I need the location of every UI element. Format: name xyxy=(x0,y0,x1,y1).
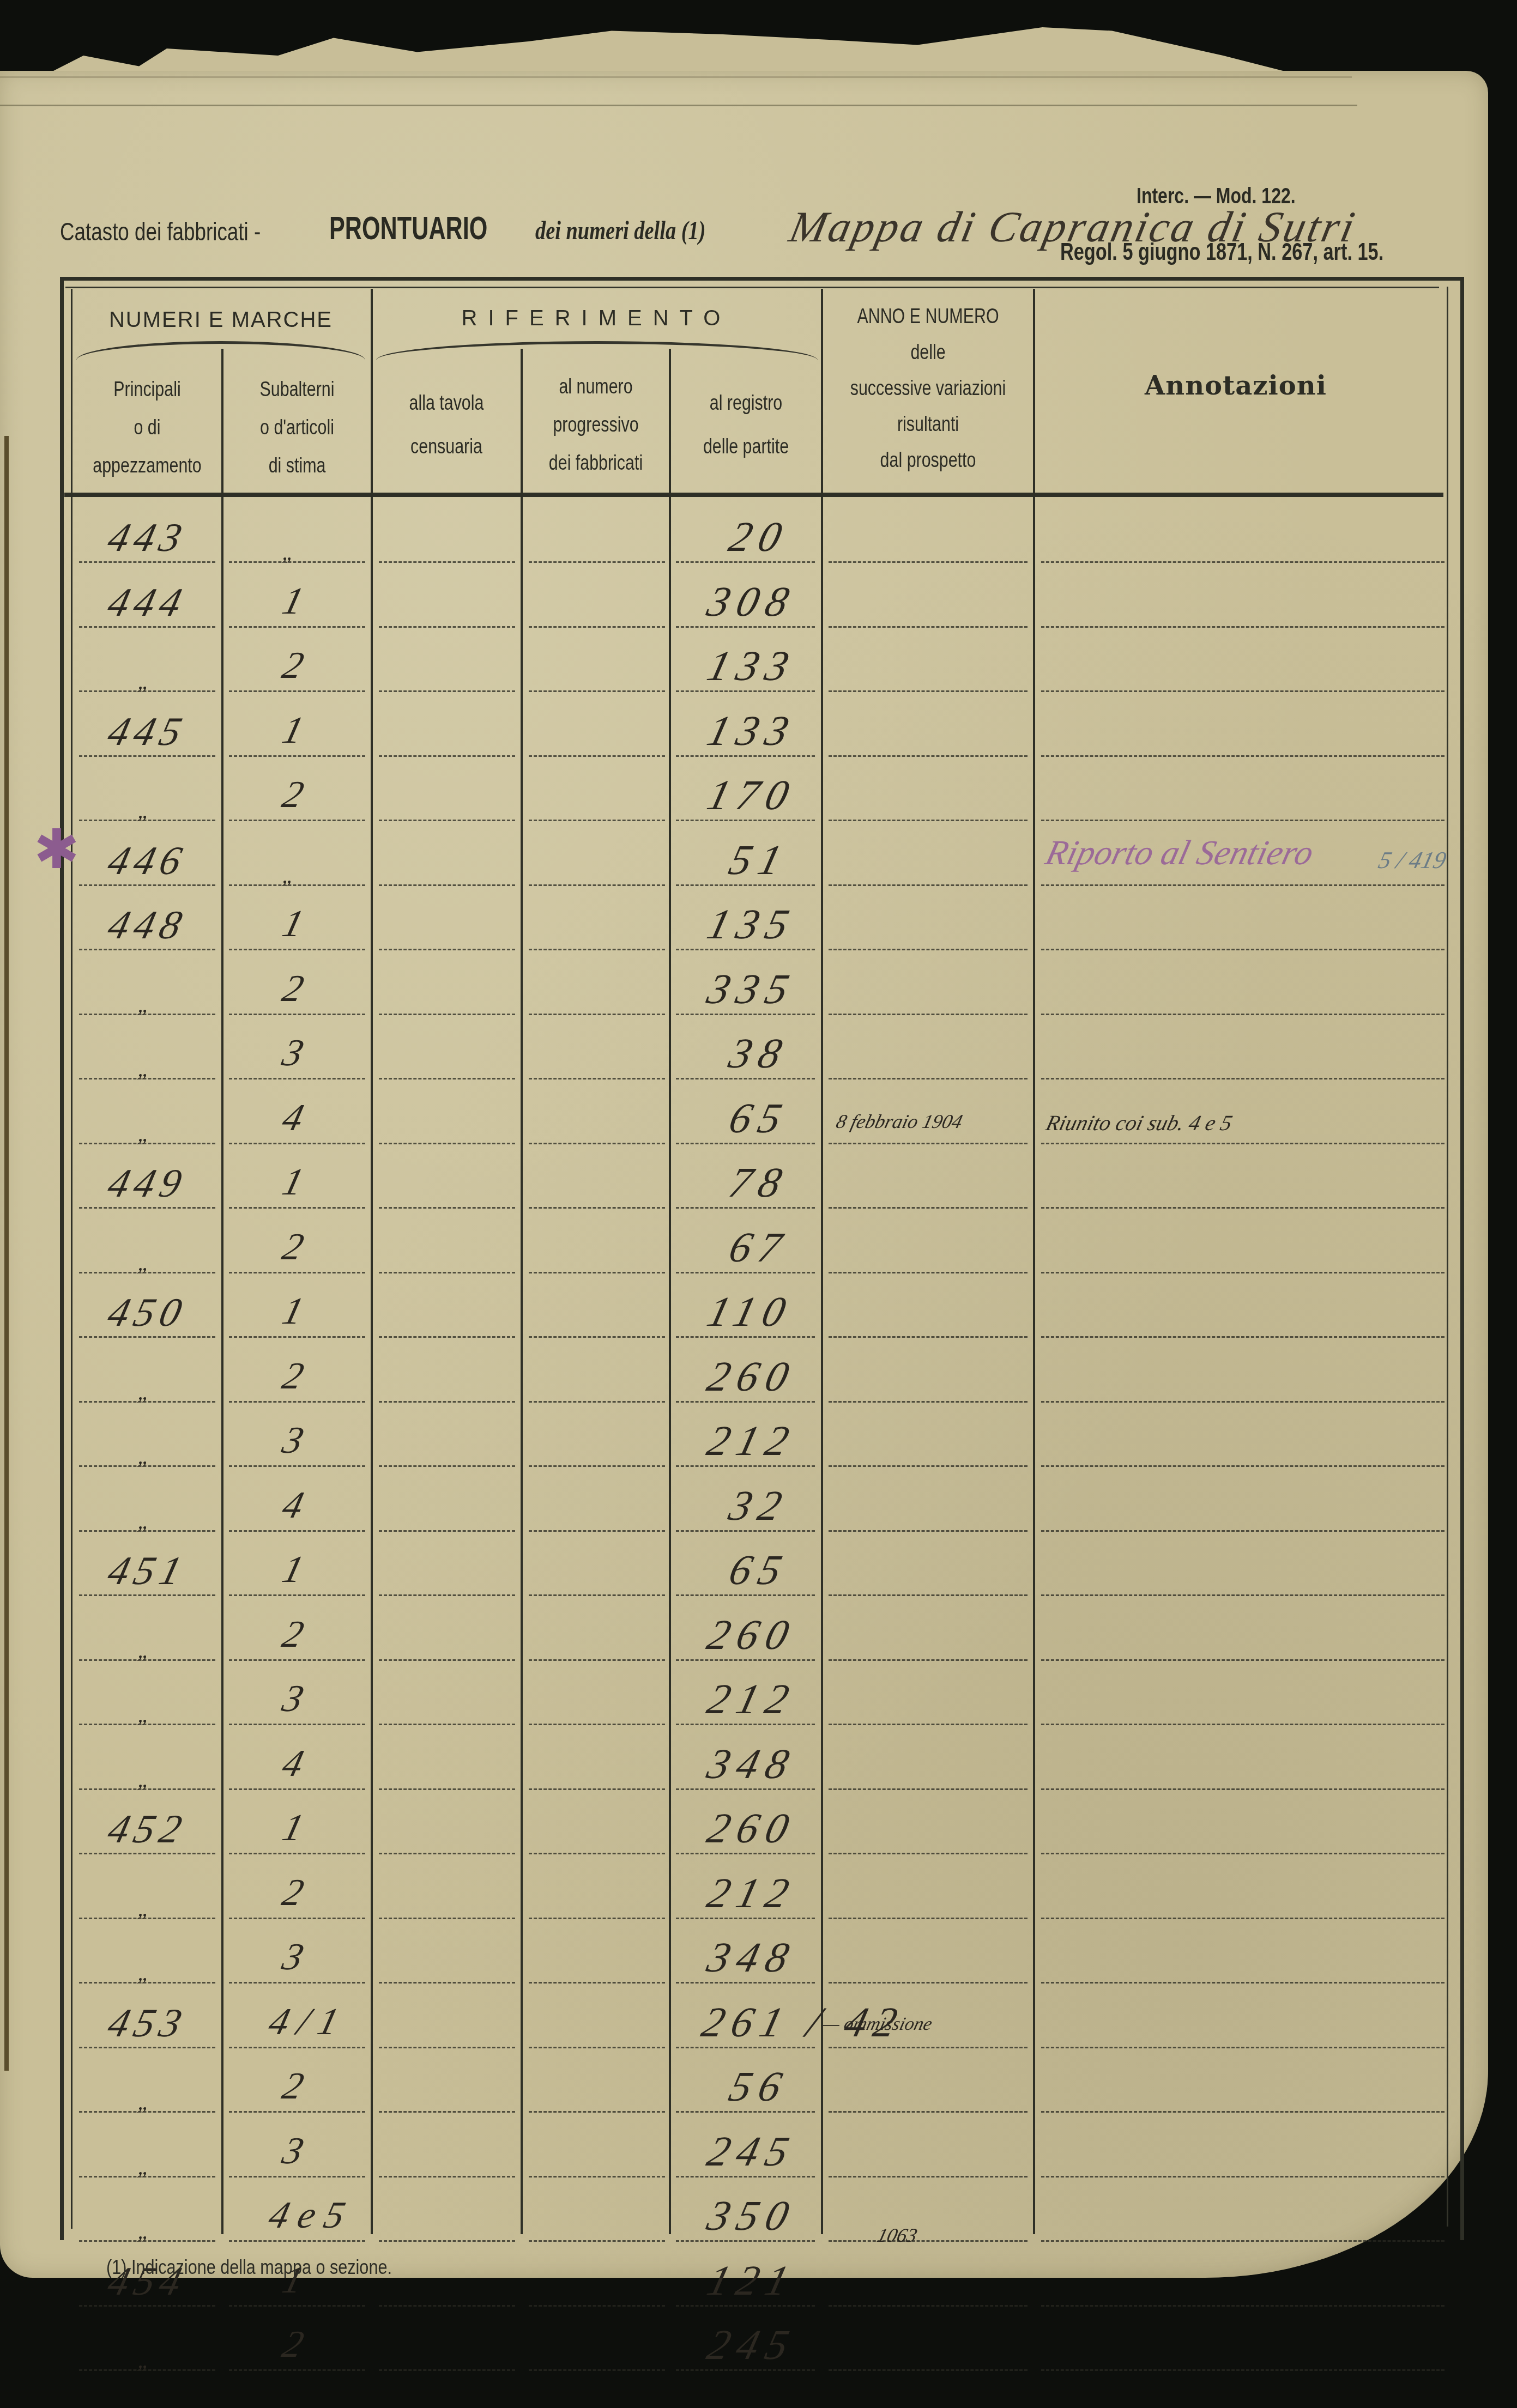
cell-registro: 212 xyxy=(703,1675,801,1724)
cell-registro: 335 xyxy=(703,965,801,1014)
cell-registro: 20 xyxy=(724,512,794,561)
cell-registro: 65 xyxy=(724,1094,794,1143)
row-rule xyxy=(79,1336,215,1338)
cell-principale: 450 xyxy=(103,1290,191,1336)
col-header-tavola: alla tavola censuaria xyxy=(373,381,520,469)
cell-principale: 446 xyxy=(103,838,191,884)
row-rule xyxy=(676,2240,815,2242)
row-rule xyxy=(229,1272,365,1273)
row-rule xyxy=(529,1014,665,1015)
row-rule xyxy=(229,2369,365,2371)
col-header-anno-numero: ANNO E NUMERO delle successive variazion… xyxy=(823,299,1033,478)
row-rule xyxy=(676,1078,815,1079)
row-rule xyxy=(379,1207,515,1209)
row-rule xyxy=(529,1788,665,1790)
row-rule xyxy=(1041,2369,1445,2371)
group-numeri-e-marche: NUMERI E MARCHE xyxy=(71,308,371,332)
row-rule xyxy=(829,1982,1028,1984)
cell-principale: 444 xyxy=(103,580,191,626)
cell-registro: 212 xyxy=(703,1869,801,1918)
row-rule xyxy=(1041,1272,1445,1273)
row-rule xyxy=(829,1401,1028,1403)
row-rule xyxy=(1041,1336,1445,1338)
row-rule xyxy=(676,949,815,950)
row-rule xyxy=(829,1724,1028,1725)
row-rule xyxy=(1041,1014,1445,1015)
col-header-annotazioni: Annotazioni xyxy=(1145,371,1327,401)
cell-registro: 245 xyxy=(703,2320,801,2369)
row-rule xyxy=(229,1207,365,1209)
row-rule xyxy=(79,949,215,950)
cell-principale: 449 xyxy=(103,1161,191,1207)
cell-variazioni: 8 febbraio 1904 xyxy=(834,1110,965,1133)
table-inner-rule xyxy=(65,287,1439,288)
row-rule xyxy=(379,1918,515,1919)
row-rule xyxy=(829,561,1028,563)
cell-principale: 448 xyxy=(103,902,191,949)
row-rule xyxy=(229,1078,365,1079)
row-rule xyxy=(829,1465,1028,1467)
cell-principale: 445 xyxy=(103,709,191,755)
regulation-reference: Regol. 5 giugno 1871, N. 267, art. 15. xyxy=(1060,239,1383,266)
row-rule xyxy=(79,1207,215,1209)
row-rule xyxy=(676,1853,815,1854)
row-rule xyxy=(1041,1465,1445,1467)
row-rule xyxy=(379,949,515,950)
cell-registro: 51 xyxy=(724,835,794,884)
cell-registro: 212 xyxy=(703,1416,801,1465)
row-rule xyxy=(529,2240,665,2242)
row-rule xyxy=(529,1207,665,1209)
cell-registro: 65 xyxy=(724,1545,794,1594)
row-rule xyxy=(529,626,665,628)
cell-registro: 110 xyxy=(703,1287,799,1336)
row-rule xyxy=(529,1594,665,1596)
col-header-registro: al registro delle partite xyxy=(671,381,821,469)
row-rule xyxy=(529,820,665,821)
cell-registro: 135 xyxy=(703,900,801,949)
row-rule xyxy=(829,2111,1028,2113)
row-rule xyxy=(1041,1530,1445,1532)
row-rule xyxy=(1041,1788,1445,1790)
row-rule xyxy=(1041,1659,1445,1661)
row-rule xyxy=(1041,1143,1445,1144)
row-rule xyxy=(529,1078,665,1079)
row-rule xyxy=(229,2305,365,2307)
cell-registro: 67 xyxy=(724,1223,794,1272)
row-rule xyxy=(229,1465,365,1467)
row-rule xyxy=(379,755,515,757)
cell-registro: 245 xyxy=(703,2127,801,2176)
cell-annotazioni: Riporto al Sentiero xyxy=(1042,833,1318,873)
row-rule xyxy=(1041,884,1445,886)
cell-registro: 348 xyxy=(703,1739,801,1788)
row-rule xyxy=(379,1272,515,1273)
cell-principale: 443 xyxy=(103,515,191,561)
cell-principale: 453 xyxy=(103,2000,191,2047)
cell-annotazioni: Riunito coi sub. 4 e 5 xyxy=(1043,1110,1235,1136)
row-rule xyxy=(829,1530,1028,1532)
row-rule xyxy=(676,2369,815,2371)
row-rule xyxy=(379,1853,515,1854)
cell-registro: 260 xyxy=(703,1804,801,1853)
row-rule xyxy=(829,1659,1028,1661)
row-rule xyxy=(379,690,515,692)
row-rule xyxy=(229,1724,365,1725)
row-rule xyxy=(379,1465,515,1467)
row-rule xyxy=(1041,626,1445,628)
group-riferimento: RIFERIMENTO xyxy=(373,306,820,331)
row-rule xyxy=(1041,1853,1445,1854)
row-rule xyxy=(676,1982,815,1984)
row-rule xyxy=(829,1078,1028,1079)
row-rule xyxy=(529,690,665,692)
cell-subalterno: 2 xyxy=(278,2323,308,2367)
row-rule xyxy=(229,1853,365,1854)
row-rule xyxy=(676,561,815,563)
row-rule xyxy=(1041,2047,1445,2048)
row-rule xyxy=(229,820,365,821)
column-divider xyxy=(521,349,523,2234)
row-rule xyxy=(529,1465,665,1467)
row-rule xyxy=(229,2047,365,2048)
row-rule xyxy=(529,1853,665,1854)
row-rule xyxy=(229,755,365,757)
column-divider xyxy=(669,349,671,2234)
cell-registro: 121 xyxy=(703,2256,801,2305)
row-rule xyxy=(676,1465,815,1467)
row-rule xyxy=(379,1014,515,1015)
row-rule xyxy=(529,1336,665,1338)
row-rule xyxy=(829,690,1028,692)
binding-edge xyxy=(4,436,9,2071)
row-rule xyxy=(529,1401,665,1403)
cell-registro: 308 xyxy=(703,577,801,626)
cell-registro: 260 xyxy=(703,1352,801,1401)
row-rule xyxy=(1041,1918,1445,1919)
row-rule xyxy=(529,1659,665,1661)
row-rule xyxy=(379,1594,515,1596)
row-rule xyxy=(379,561,515,563)
cell-registro: 133 xyxy=(703,706,801,755)
paper-fold-line xyxy=(0,76,1352,78)
row-rule xyxy=(379,1982,515,1984)
row-rule xyxy=(829,820,1028,821)
cell-registro: 260 xyxy=(703,1610,801,1659)
cell-registro: 78 xyxy=(724,1158,794,1207)
row-rule xyxy=(829,2305,1028,2307)
row-rule xyxy=(829,2240,1028,2242)
column-divider xyxy=(71,289,72,2229)
row-rule xyxy=(229,949,365,950)
row-rule xyxy=(79,1853,215,1854)
cell-variazioni: 1063 xyxy=(875,2224,920,2247)
row-rule xyxy=(379,2369,515,2371)
row-rule xyxy=(229,561,365,563)
row-rule xyxy=(1041,2240,1445,2242)
row-rule xyxy=(229,1336,365,1338)
cell-subalterno: 4 / 1 xyxy=(264,2000,343,2044)
row-rule xyxy=(379,1336,515,1338)
row-rule xyxy=(829,2176,1028,2177)
row-rule xyxy=(379,1401,515,1403)
cell-variazioni: — ommissione xyxy=(820,2014,934,2035)
row-rule xyxy=(829,1336,1028,1338)
row-rule xyxy=(1041,949,1445,950)
cell-registro: 170 xyxy=(703,771,801,820)
row-rule xyxy=(379,884,515,886)
row-rule xyxy=(529,1982,665,1984)
row-rule xyxy=(1041,1982,1445,1984)
row-rule xyxy=(229,2111,365,2113)
row-rule xyxy=(229,884,365,886)
row-rule xyxy=(1041,1401,1445,1403)
row-rule xyxy=(529,1530,665,1532)
row-rule xyxy=(229,1530,365,1532)
row-rule xyxy=(529,884,665,886)
form-code: Interc. — Mod. 122. xyxy=(1137,184,1296,209)
row-rule xyxy=(379,1143,515,1144)
table-inner-rule xyxy=(1447,287,1448,2227)
row-rule xyxy=(829,1788,1028,1790)
row-rule xyxy=(529,1724,665,1725)
row-rule xyxy=(829,1143,1028,1144)
row-rule xyxy=(1041,755,1445,757)
row-rule xyxy=(829,1014,1028,1015)
row-rule xyxy=(379,1530,515,1532)
row-rule xyxy=(529,755,665,757)
row-rule xyxy=(529,2047,665,2048)
footnote: (1) Indicazione della mappa o sezione. xyxy=(106,2256,392,2279)
cell-annotazioni-extra: 5 / 419 xyxy=(1376,846,1449,874)
col-header-subalterni: Subalterni o d'articoli di stima xyxy=(223,371,371,485)
row-rule xyxy=(229,1659,365,1661)
header-prefix: Catasto dei fabbricati - xyxy=(60,217,261,246)
row-rule xyxy=(379,820,515,821)
row-rule xyxy=(229,1014,365,1015)
row-rule xyxy=(676,820,815,821)
row-rule xyxy=(676,1336,815,1338)
row-rule xyxy=(1041,820,1445,821)
column-divider xyxy=(221,349,223,2234)
row-rule xyxy=(829,1594,1028,1596)
row-rule xyxy=(676,2111,815,2113)
row-rule xyxy=(529,2305,665,2307)
cell-registro: 32 xyxy=(724,1481,794,1530)
row-rule xyxy=(829,1207,1028,1209)
row-rule xyxy=(379,626,515,628)
row-rule xyxy=(229,690,365,692)
row-rule xyxy=(229,626,365,628)
row-rule xyxy=(676,690,815,692)
row-rule xyxy=(529,1143,665,1144)
row-rule xyxy=(829,2369,1028,2371)
row-rule xyxy=(1041,690,1445,692)
row-rule xyxy=(529,949,665,950)
row-rule xyxy=(1041,1207,1445,1209)
row-rule xyxy=(1041,1724,1445,1725)
row-rule xyxy=(229,1918,365,1919)
row-rule xyxy=(379,1659,515,1661)
row-rule xyxy=(1041,2305,1445,2307)
row-rule xyxy=(229,1788,365,1790)
row-rule xyxy=(529,561,665,563)
row-rule xyxy=(829,1272,1028,1273)
cell-registro: 133 xyxy=(703,641,801,690)
header-subtitle: dei numeri della (1) xyxy=(535,216,706,246)
cell-registro: 38 xyxy=(724,1029,794,1078)
row-rule xyxy=(676,1724,815,1725)
row-rule xyxy=(529,1918,665,1919)
row-rule xyxy=(379,1724,515,1725)
col-header-principali: Principali o di appezzamento xyxy=(73,371,221,485)
row-rule xyxy=(829,884,1028,886)
row-rule xyxy=(379,2047,515,2048)
row-rule xyxy=(379,1078,515,1079)
cell-registro: 56 xyxy=(724,2062,794,2111)
row-rule xyxy=(829,755,1028,757)
cell-principale: 452 xyxy=(103,1806,191,1853)
col-header-progressivo: al numero progressivo dei fabbricati xyxy=(523,368,669,482)
row-rule xyxy=(676,1207,815,1209)
row-rule xyxy=(379,2240,515,2242)
row-rule xyxy=(379,2111,515,2113)
column-divider xyxy=(821,289,823,2234)
row-rule xyxy=(529,2369,665,2371)
row-rule xyxy=(1041,2176,1445,2177)
row-rule xyxy=(79,1594,215,1596)
row-rule xyxy=(676,1594,815,1596)
row-rule xyxy=(1041,561,1445,563)
row-rule xyxy=(829,1853,1028,1854)
row-rule xyxy=(79,561,215,563)
row-rule xyxy=(1041,1594,1445,1596)
header-separator xyxy=(64,493,1443,497)
cell-registro: 350 xyxy=(703,2191,801,2240)
column-divider xyxy=(371,289,373,2234)
row-rule xyxy=(229,1594,365,1596)
cell-registro: 348 xyxy=(703,1933,801,1982)
row-rule xyxy=(379,2176,515,2177)
header-title: PRONTUARIO xyxy=(329,209,487,247)
cell-principale: 451 xyxy=(103,1548,191,1594)
cell-subalterno: 4 e 5 xyxy=(264,2194,349,2237)
row-rule xyxy=(1041,2111,1445,2113)
row-rule xyxy=(1041,1078,1445,1079)
row-rule xyxy=(229,2240,365,2242)
asterisk-marker-icon: ✱ xyxy=(34,817,80,881)
row-rule xyxy=(529,2176,665,2177)
row-rule xyxy=(229,2176,365,2177)
row-rule xyxy=(379,2305,515,2307)
row-rule xyxy=(529,1272,665,1273)
paper-fold-line xyxy=(0,105,1357,106)
row-rule xyxy=(829,626,1028,628)
column-divider xyxy=(1033,289,1035,2234)
row-rule xyxy=(229,1401,365,1403)
row-rule xyxy=(829,1918,1028,1919)
row-rule xyxy=(529,2111,665,2113)
row-rule xyxy=(229,1982,365,1984)
row-rule xyxy=(229,1143,365,1144)
row-rule xyxy=(379,1788,515,1790)
row-rule xyxy=(829,949,1028,950)
